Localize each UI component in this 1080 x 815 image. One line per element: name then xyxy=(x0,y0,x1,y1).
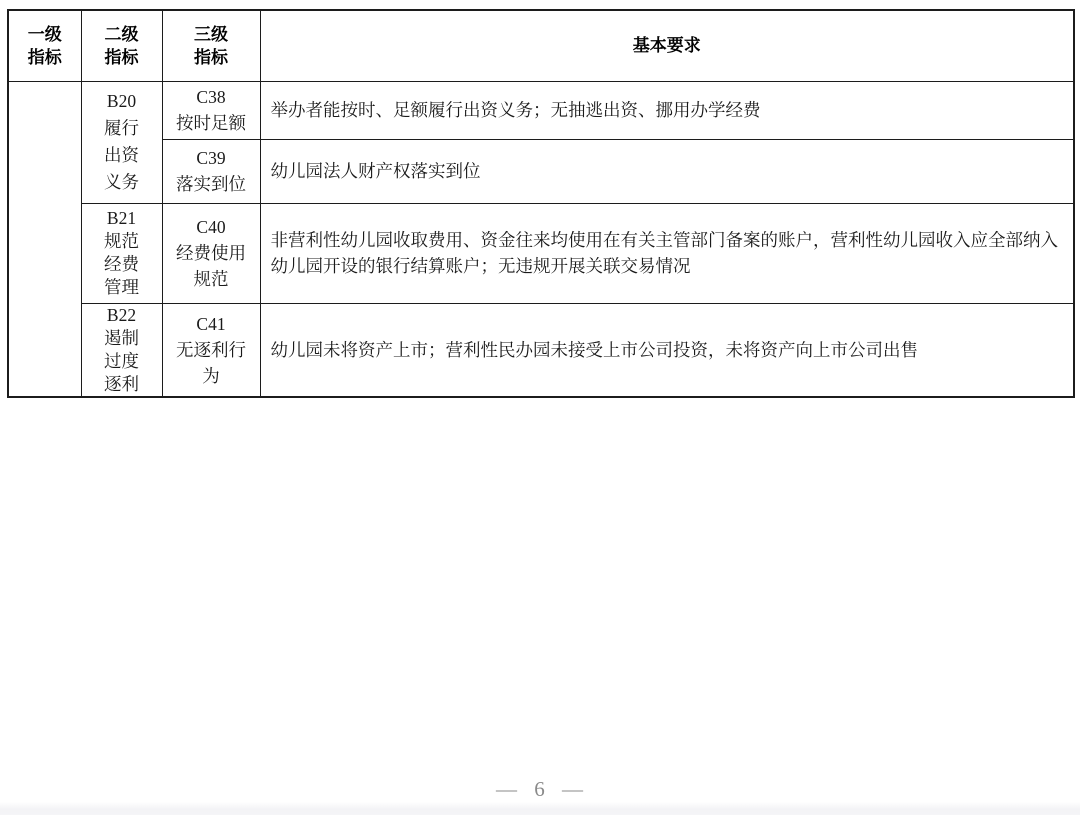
page-number: — 6 — xyxy=(0,777,1080,802)
level2-name: 履行 出资 义务 xyxy=(82,115,162,196)
level3-name: 经费使用 规范 xyxy=(163,240,260,292)
level2-code: B21 xyxy=(82,207,162,230)
level3-indicator-c41: C41 无逐利行 为 xyxy=(162,303,260,397)
level3-name: 按时足额 xyxy=(163,110,260,136)
requirement-c40: 非营利性幼儿园收取费用、资金往来均使用在有关主管部门备案的账户，营利性幼儿园收入… xyxy=(260,203,1074,303)
col-header-level2: 二级 指标 xyxy=(81,10,162,81)
level2-indicator-b22: B22 遏制 过度 逐利 xyxy=(81,303,162,397)
level2-name: 遏制 过度 逐利 xyxy=(82,327,162,396)
level3-indicator-c38: C38 按时足额 xyxy=(162,81,260,139)
indicator-table: 一级 指标 二级 指标 三级 指标 基本要求 B20 履行 出资 义务 C38 … xyxy=(7,9,1075,398)
header-row: 一级 指标 二级 指标 三级 指标 基本要求 xyxy=(8,10,1074,81)
level2-indicator-b20: B20 履行 出资 义务 xyxy=(81,81,162,203)
level3-indicator-c39: C39 落实到位 xyxy=(162,139,260,203)
page-bottom-edge xyxy=(0,802,1080,815)
level2-code: B20 xyxy=(82,88,162,115)
table-row: B20 履行 出资 义务 C38 按时足额 举办者能按时、足额履行出资义务；无抽… xyxy=(8,81,1074,139)
level2-name: 规范 经费 管理 xyxy=(82,230,162,299)
table-row: C39 落实到位 幼儿园法人财产权落实到位 xyxy=(8,139,1074,203)
table-row: B21 规范 经费 管理 C40 经费使用 规范 非营利性幼儿园收取费用、资金往… xyxy=(8,203,1074,303)
requirement-c39: 幼儿园法人财产权落实到位 xyxy=(260,139,1074,203)
col-header-requirements: 基本要求 xyxy=(260,10,1074,81)
document-page: { "colors": { "table_border": "#1c1c1c",… xyxy=(0,0,1080,815)
requirement-c41: 幼儿园未将资产上市；营利性民办园未接受上市公司投资，未将资产向上市公司出售 xyxy=(260,303,1074,397)
level3-indicator-c40: C40 经费使用 规范 xyxy=(162,203,260,303)
level3-name: 无逐利行 为 xyxy=(163,337,260,389)
level2-code: B22 xyxy=(82,304,162,327)
col-header-level3: 三级 指标 xyxy=(162,10,260,81)
level3-name: 落实到位 xyxy=(163,171,260,197)
level1-indicator-cell xyxy=(8,81,81,397)
requirement-c38: 举办者能按时、足额履行出资义务；无抽逃出资、挪用办学经费 xyxy=(260,81,1074,139)
level3-code: C41 xyxy=(163,311,260,337)
level3-code: C38 xyxy=(163,84,260,110)
table-row: B22 遏制 过度 逐利 C41 无逐利行 为 幼儿园未将资产上市；营利性民办园… xyxy=(8,303,1074,397)
col-header-level1: 一级 指标 xyxy=(8,10,81,81)
level3-code: C39 xyxy=(163,145,260,171)
level2-indicator-b21: B21 规范 经费 管理 xyxy=(81,203,162,303)
level3-code: C40 xyxy=(163,214,260,240)
